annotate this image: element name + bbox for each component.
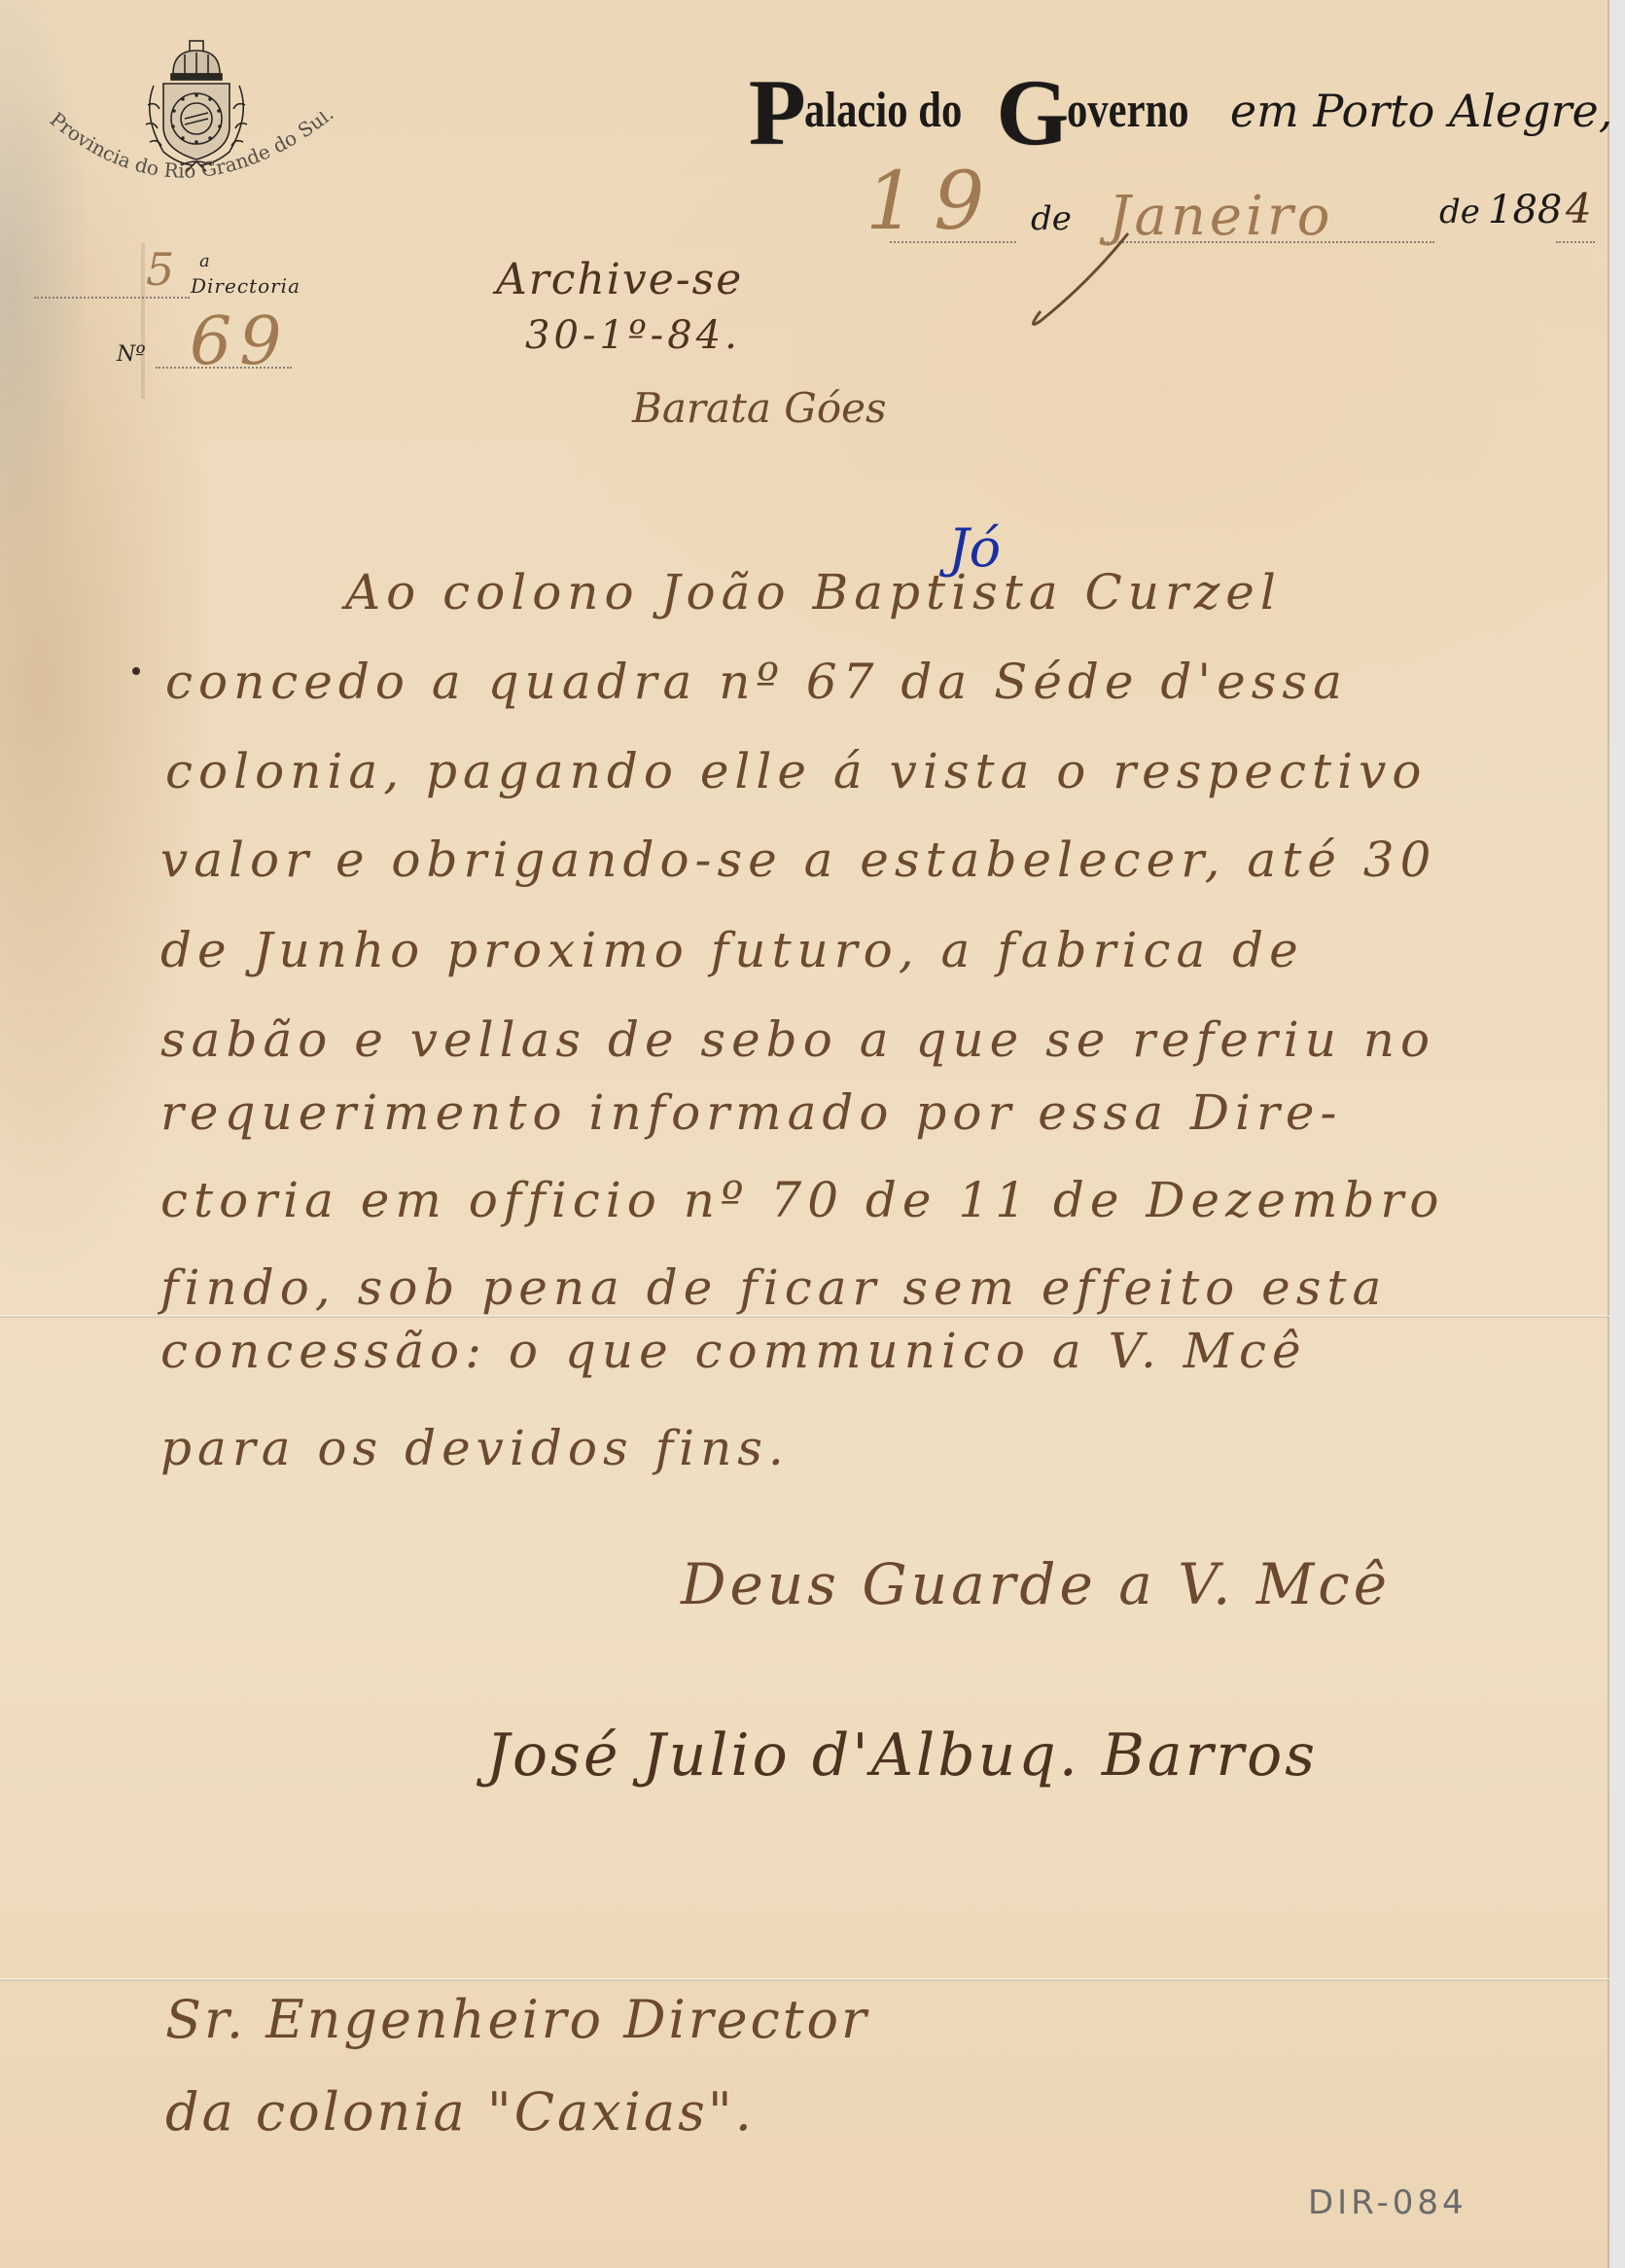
closing-signature: José Julio d'Albuq. Barros: [486, 1721, 1318, 1790]
number-label: Nº: [117, 342, 146, 367]
place-name: em Porto Alegre,: [1216, 85, 1612, 137]
governo-initial: G: [997, 60, 1068, 164]
letterhead-title: Palacio do Governo em Porto Alegre,: [749, 58, 1612, 166]
date-de-2: de: [1439, 193, 1480, 231]
date-month: Janeiro: [1109, 185, 1333, 248]
archive-code: DIR-084: [1308, 2183, 1467, 2222]
province-arc-label: Provincia do Rio Grande do Sul.: [39, 112, 350, 219]
body-line-6: sabão e vellas de sebo a que se referiu …: [160, 1011, 1435, 1068]
paper-stain: [141, 243, 145, 399]
dispatch-archive: Archive-se: [496, 255, 743, 304]
directoria-line: [34, 297, 190, 299]
palacio-word: alacio do: [804, 82, 962, 139]
paper-sheet: Provincia do Rio Grande do Sul. Palacio …: [0, 0, 1609, 2268]
document-number: 69: [190, 303, 290, 380]
body-line-4: valor e obrigando-se a estabelecer, até …: [160, 832, 1436, 888]
paper-fold: [0, 1978, 1609, 1981]
date-year-printed: 188: [1488, 188, 1562, 232]
body-line-3: colonia, pagando elle á vista o respecti…: [165, 743, 1427, 799]
dispatch-signature: Barata Góes: [632, 384, 887, 432]
dispatch-date: 30-1º-84.: [525, 313, 741, 358]
directoria-label: Directoria: [191, 274, 300, 298]
palacio-initial: P: [749, 60, 804, 164]
svg-text:Provincia do Rio Grande do Sul: Provincia do Rio Grande do Sul.: [46, 112, 338, 183]
scan-background-edge: [1609, 0, 1625, 2268]
janeiro-flourish: [1021, 224, 1138, 331]
ink-dot: [132, 667, 140, 675]
body-line-10: concessão: o que communico a V. Mcê: [160, 1323, 1307, 1379]
body-line-11: para os devidos fins.: [160, 1420, 790, 1476]
date-year-handwritten: 4: [1566, 185, 1592, 232]
number-line: [156, 367, 292, 369]
closing-salutation: Deus Guarde a V. Mcê: [681, 1551, 1391, 1617]
addressee-line-1: Sr. Engenheiro Director: [165, 1989, 869, 2050]
addressee-line-2: da colonia "Caxias".: [165, 2081, 755, 2143]
body-line-9: findo, sob pena de ficar sem effeito est…: [160, 1259, 1387, 1316]
directoria-superscript: a: [199, 251, 210, 271]
body-line-1: Ao colono João Baptista Curzel: [345, 564, 1282, 620]
date-day: 19: [865, 156, 1002, 248]
body-line-8: ctoria em officio nº 70 de 11 de Dezembr…: [160, 1172, 1444, 1228]
body-line-2: concedo a quadra nº 67 da Séde d'essa: [165, 654, 1348, 710]
body-line-7: requerimento informado por essa Dire-: [160, 1084, 1342, 1141]
province-name: Provincia do Rio Grande do Sul.: [46, 112, 338, 183]
date-year-line: [1556, 241, 1595, 243]
directoria-number: 5: [146, 243, 174, 296]
governo-word: overno: [1067, 82, 1189, 139]
body-line-5: de Junho proximo futuro, a fabrica de: [160, 922, 1304, 978]
